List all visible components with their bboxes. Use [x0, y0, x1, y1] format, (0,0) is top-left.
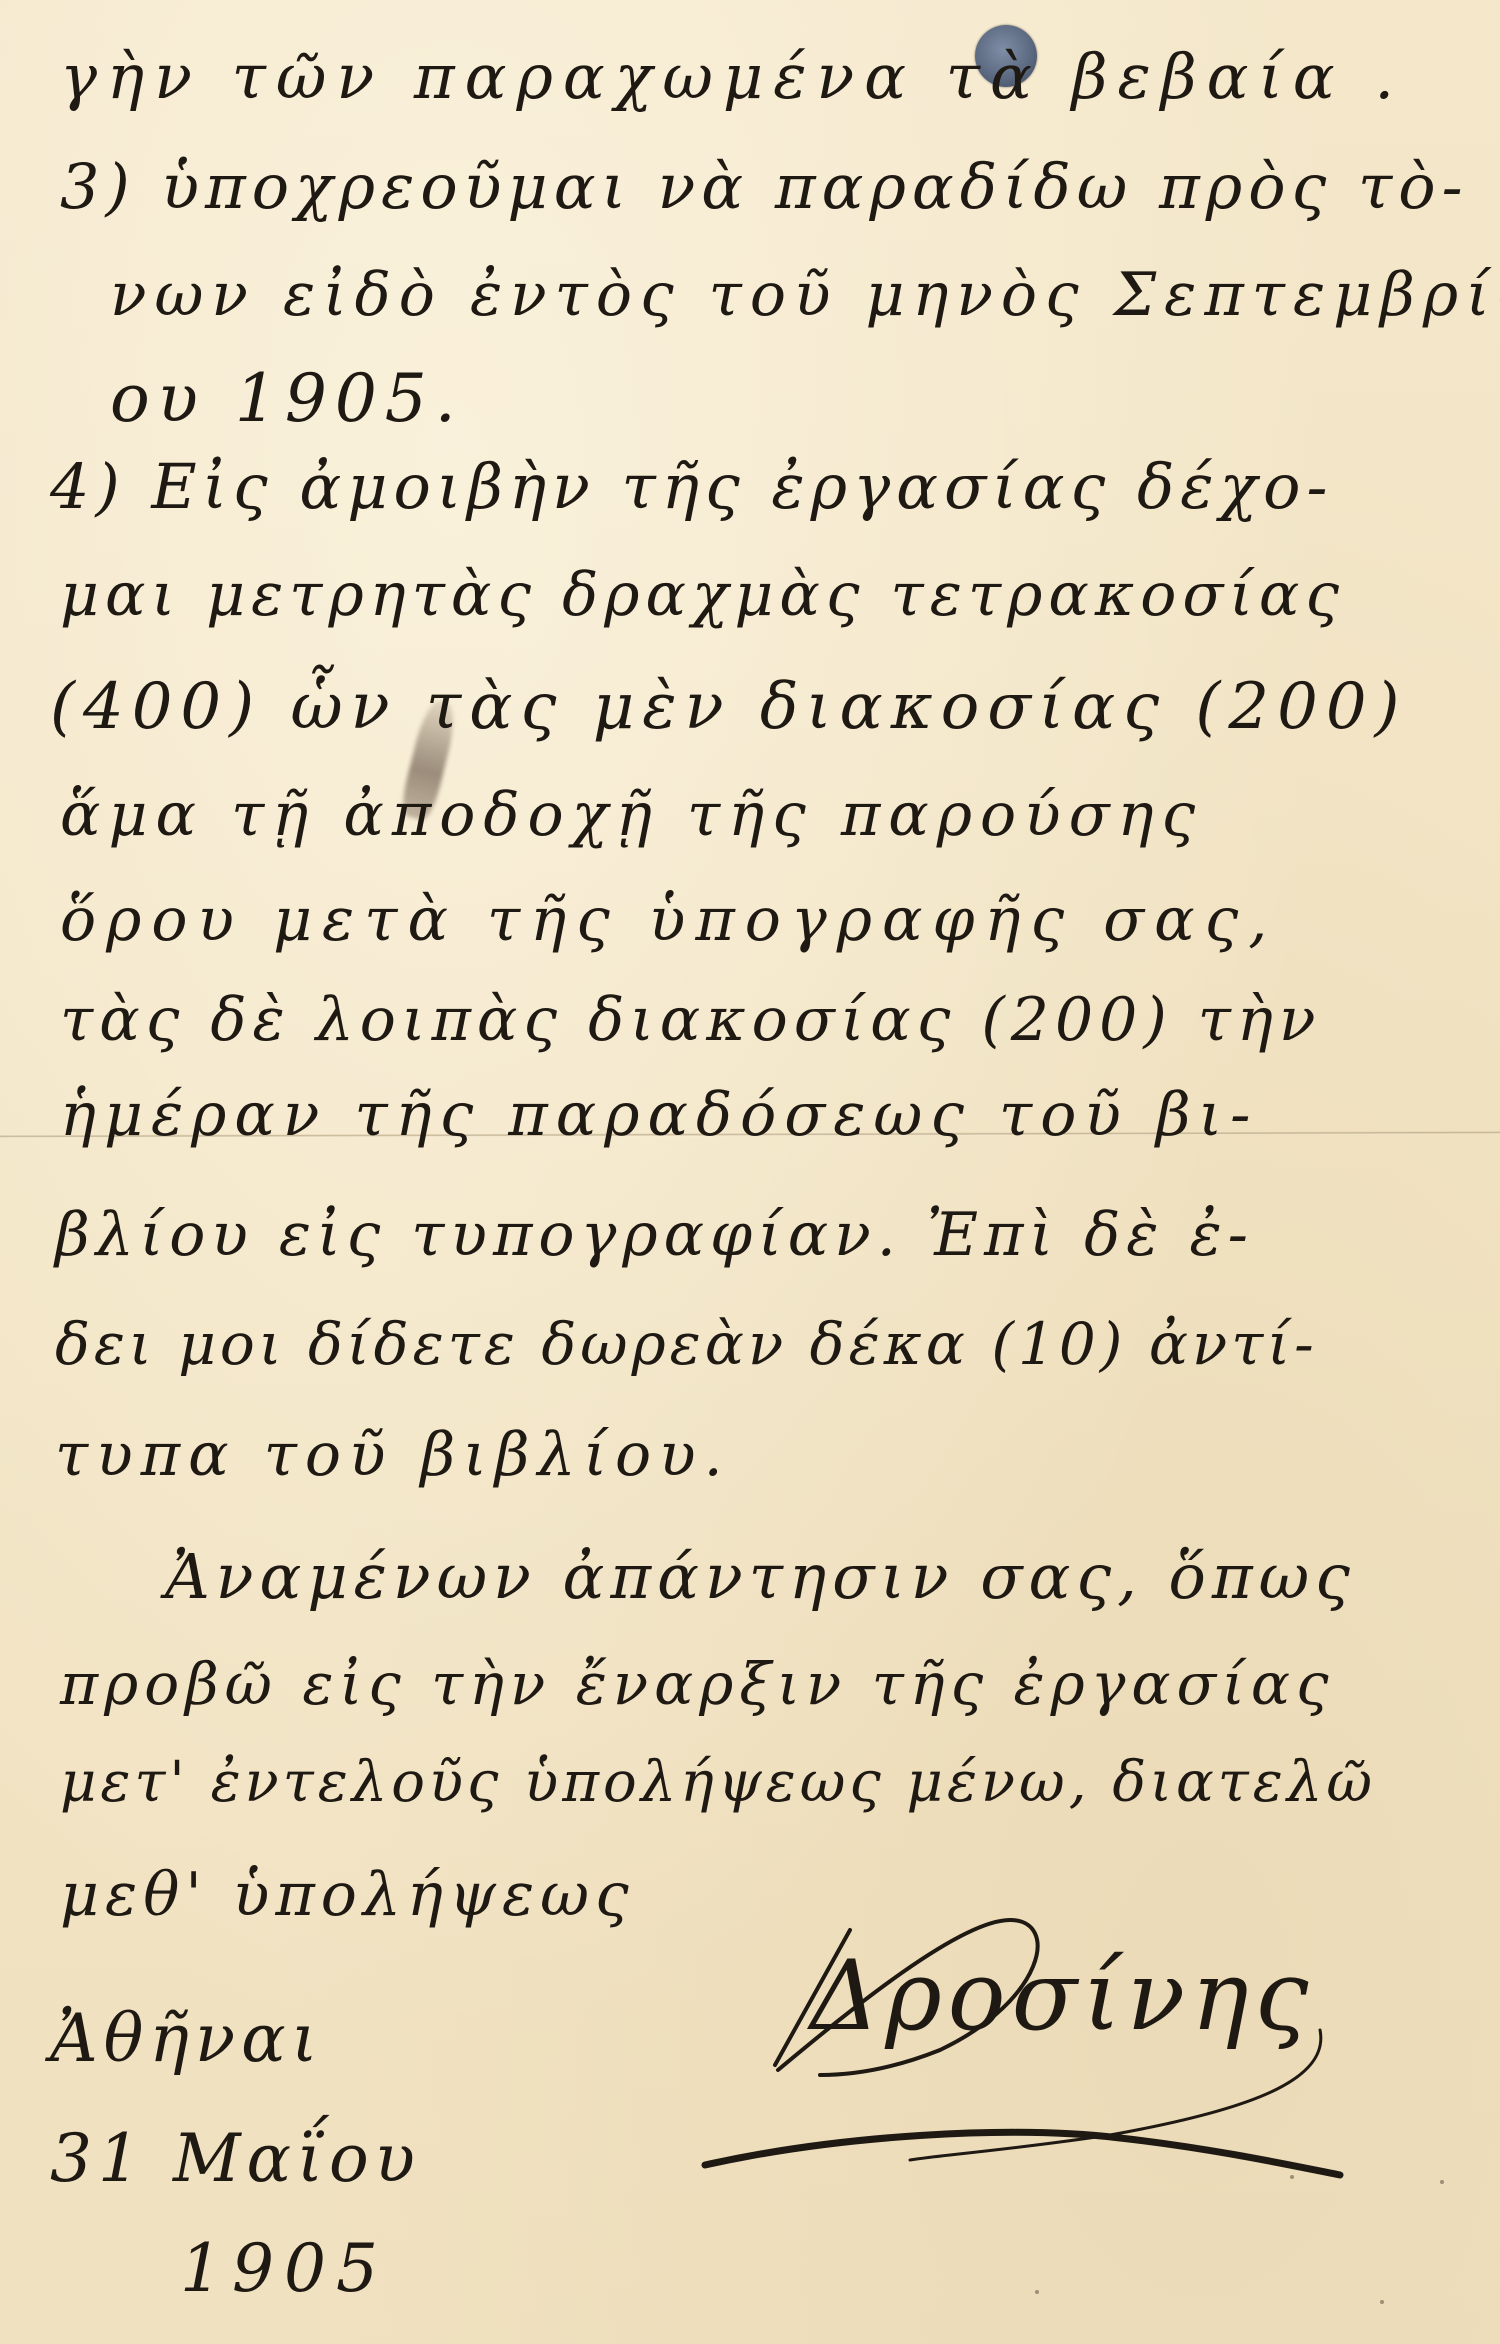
year-line: 1905 [180, 2230, 388, 2307]
letter-line: ἅμα τῇ ἀποδοχῇ τῆς παρούσης [60, 780, 1203, 850]
letter-line: τυπα τοῦ βιβλίου. [55, 1420, 731, 1490]
letter-line: ὅρου μετὰ τῆς ὑπογραφῆς σας, [60, 885, 1277, 955]
paper-speck [1440, 2180, 1444, 2184]
letter-line: γὴν τῶν παραχωμένα τὰ βεβαία . [60, 40, 1404, 113]
letter-line: νων εἰδὸ ἐντὸς τοῦ μηνὸς Σεπτεμβρί- [110, 260, 1500, 330]
letter-line: ου 1905. [110, 360, 464, 437]
letter-line: Ἀναμένων ἀπάντησιν σας, ὅπως [165, 1540, 1356, 1613]
letter-line: προβῶ εἰς τὴν ἔναρξιν τῆς ἐργασίας [60, 1650, 1335, 1718]
date-line: 31 Μαΐου [50, 2120, 421, 2197]
letter-line: 4) Εἰς ἀμοιβὴν τῆς ἐργασίας δέχο- [50, 450, 1333, 523]
letter-line: μαι μετρητὰς δραχμὰς τετρακοσίας [60, 560, 1345, 630]
paper-speck [1380, 2300, 1384, 2304]
letter-page: γὴν τῶν παραχωμένα τὰ βεβαία . 3) ὑποχρε… [0, 0, 1500, 2344]
letter-line: μετ' ἐντελοῦς ὑπολήψεως μένω, διατελῶ [60, 1750, 1376, 1815]
paper-speck [1035, 2290, 1039, 2294]
letter-line: 3) ὑποχρεοῦμαι νὰ παραδίδω πρὸς τὸ- [60, 150, 1469, 223]
letter-line: (400) ὧν τὰς μὲν διακοσίας (200) [50, 670, 1408, 744]
letter-line: βλίου εἰς τυπογραφίαν. Ἐπὶ δὲ ἐ- [55, 1200, 1254, 1270]
signature-name: Δροσίνης [810, 1940, 1314, 2052]
letter-line: ἡμέραν τῆς παραδόσεως τοῦ βι- [60, 1080, 1258, 1150]
letter-line: μεθ' ὑπολήψεως [60, 1860, 635, 1930]
letter-line: δει μοι δίδετε δωρεὰν δέκα (10) ἀντί- [55, 1310, 1318, 1378]
letter-line: τὰς δὲ λοιπὰς διακοσίας (200) τὴν [60, 985, 1321, 1055]
paper-speck [1290, 2175, 1294, 2179]
place-line: Ἀθῆναι [50, 2000, 324, 2077]
signature: Δροσίνης [690, 1880, 1410, 2180]
